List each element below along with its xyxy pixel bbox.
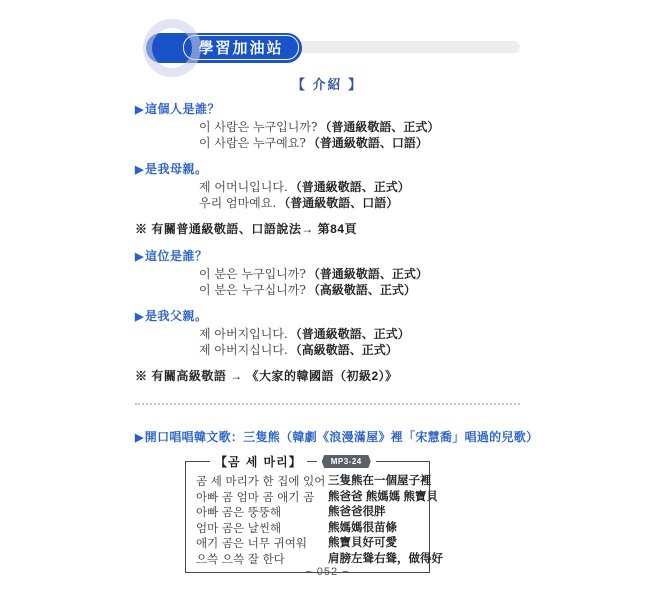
entry-heading: ▶這個人是誰？ <box>135 101 615 118</box>
legend-line <box>307 461 317 462</box>
phrase-line: 이 분은 누구입니까?（普通級敬語、正式） <box>199 266 615 282</box>
korean-text: 이 사람은 누구입니까? <box>199 120 317 134</box>
triangle-bullet-icon: ▶ <box>135 104 144 116</box>
korean-text: 우리 엄마예요. <box>199 196 276 210</box>
triangle-bullet-icon: ▶ <box>135 251 144 263</box>
phrase-line: 우리 엄마예요.（普通級敬語、口語） <box>199 195 615 211</box>
register-annotation: （高級敬語、正式） <box>290 343 398 357</box>
register-annotation: （普通級敬語、口語） <box>278 196 398 210</box>
entry-heading-text: 是我母親。 <box>145 162 208 176</box>
register-annotation: （高級敬語、正式） <box>308 283 416 297</box>
mp3-track-badge: MP3-24 <box>322 455 371 468</box>
dotted-divider <box>135 403 520 405</box>
phrase-line: 이 사람은 누구예요?（普通級敬語、口語） <box>199 135 615 151</box>
reference-note: ※ 有關高級敬語 → 《大家的韓國語（初級2）》 <box>135 368 615 384</box>
triangle-bullet-icon: ▶ <box>135 311 144 323</box>
entry-heading: ▶是我父親。 <box>135 308 615 325</box>
entry-heading: ▶這位是誰？ <box>135 248 615 265</box>
page-content: ▶這個人是誰？ 이 사람은 누구입니까?（普通級敬語、正式） 이 사람은 누구예… <box>135 101 615 573</box>
song-lyrics-box: 【곰 세 마리】 MP3-24 곰 세 마리가 한 집에 있어三隻熊在一個屋子裡… <box>185 461 430 573</box>
ring-decoration-icon <box>143 19 201 77</box>
page-number: − 052 − <box>0 566 655 578</box>
korean-text: 제 아버지십니다. <box>199 343 288 357</box>
phrase-line: 제 아버지십니다.（高級敬語、正式） <box>199 342 615 358</box>
triangle-bullet-icon: ▶ <box>135 164 144 176</box>
page-header: 學習加油站 <box>0 0 655 72</box>
korean-text: 이 분은 누구입니까? <box>199 267 306 281</box>
lyric-korean: 애기 곰은 너무 귀여워 <box>196 536 328 552</box>
song-section-heading: ▶開口唱唱韓文歌：三隻熊（韓劇《浪漫滿屋》裡「宋慧喬」唱過的兒歌） <box>135 429 615 446</box>
phrase-line: 제 아버지입니다.（普通級敬語、正式） <box>199 326 615 342</box>
register-annotation: （普通級敬語、口語） <box>308 136 428 150</box>
korean-text: 제 어머니입니다. <box>199 180 288 194</box>
korean-text: 제 아버지입니다. <box>199 327 288 341</box>
register-annotation: （普通級敬語、正式） <box>308 267 428 281</box>
lyric-chinese: 肩膀左聳右聳，做得好 <box>328 552 443 568</box>
phrase-line: 이 분은 누구십니까?（高級敬語、正式） <box>199 282 615 298</box>
lyric-chinese: 三隻熊在一個屋子裡 <box>328 474 432 490</box>
reference-note: ※ 有關普通級敬語、口語說法→ 第84頁 <box>135 221 615 237</box>
phrase-entry: ▶是我父親。 제 아버지입니다.（普通級敬語、正式） 제 아버지십니다.（高級敬… <box>135 308 615 358</box>
lyric-chinese: 熊爸爸很胖 <box>328 505 386 521</box>
phrase-entry: ▶這個人是誰？ 이 사람은 누구입니까?（普通級敬語、正式） 이 사람은 누구예… <box>135 101 615 151</box>
triangle-bullet-icon: ▶ <box>135 432 144 444</box>
lyric-row: 애기 곰은 너무 귀여워熊寶貝好可愛 <box>196 536 429 552</box>
phrase-line: 이 사람은 누구입니까?（普通級敬語、正式） <box>199 119 615 135</box>
lyric-korean: 아빠 곰 엄마 곰 애기 곰 <box>196 490 328 506</box>
song-title: 【곰 세 마리】 <box>215 453 302 470</box>
entry-heading-text: 這位是誰？ <box>145 249 208 263</box>
lyric-row: 아빠 곰 엄마 곰 애기 곰熊爸爸 熊媽媽 熊寶貝 <box>196 490 429 506</box>
lyric-chinese: 熊寶貝好可愛 <box>328 536 397 552</box>
lyric-chinese: 熊媽媽很苗條 <box>328 521 397 537</box>
section-title: 【 介紹 】 <box>0 74 655 93</box>
phrase-entry: ▶是我母親。 제 어머니입니다.（普通級敬語、正式） 우리 엄마예요.（普通級敬… <box>135 161 615 211</box>
lyric-korean: 으쓱 으쓱 잘 한다 <box>196 552 328 568</box>
lyric-row: 아빠 곰은 뚱뚱해熊爸爸很胖 <box>196 505 429 521</box>
korean-text: 이 분은 누구십니까? <box>199 283 306 297</box>
lyric-row: 으쓱 으쓱 잘 한다肩膀左聳右聳，做得好 <box>196 552 429 568</box>
song-heading-text: 開口唱唱韓文歌：三隻熊（韓劇《浪漫滿屋》裡「宋慧喬」唱過的兒歌） <box>145 430 539 444</box>
register-annotation: （普通級敬語、正式） <box>319 120 439 134</box>
register-annotation: （普通級敬語、正式） <box>290 180 410 194</box>
entry-heading: ▶是我母親。 <box>135 161 615 178</box>
lyric-row: 곰 세 마리가 한 집에 있어三隻熊在一個屋子裡 <box>196 474 429 490</box>
lyric-row: 엄마 곰은 날씬해熊媽媽很苗條 <box>196 521 429 537</box>
lyric-chinese: 熊爸爸 熊媽媽 熊寶貝 <box>328 490 438 506</box>
phrase-line: 제 어머니입니다.（普通級敬語、正式） <box>199 179 615 195</box>
lyric-korean: 곰 세 마리가 한 집에 있어 <box>196 474 328 490</box>
register-annotation: （普通級敬語、正式） <box>290 327 410 341</box>
entry-heading-text: 這個人是誰？ <box>145 102 220 116</box>
lyric-korean: 아빠 곰은 뚱뚱해 <box>196 505 328 521</box>
korean-text: 이 사람은 누구예요? <box>199 136 306 150</box>
song-box-legend: 【곰 세 마리】 MP3-24 <box>210 453 376 470</box>
entry-heading-text: 是我父親。 <box>145 309 208 323</box>
phrase-entry: ▶這位是誰？ 이 분은 누구입니까?（普通級敬語、正式） 이 분은 누구십니까?… <box>135 248 615 298</box>
lyric-korean: 엄마 곰은 날씬해 <box>196 521 328 537</box>
